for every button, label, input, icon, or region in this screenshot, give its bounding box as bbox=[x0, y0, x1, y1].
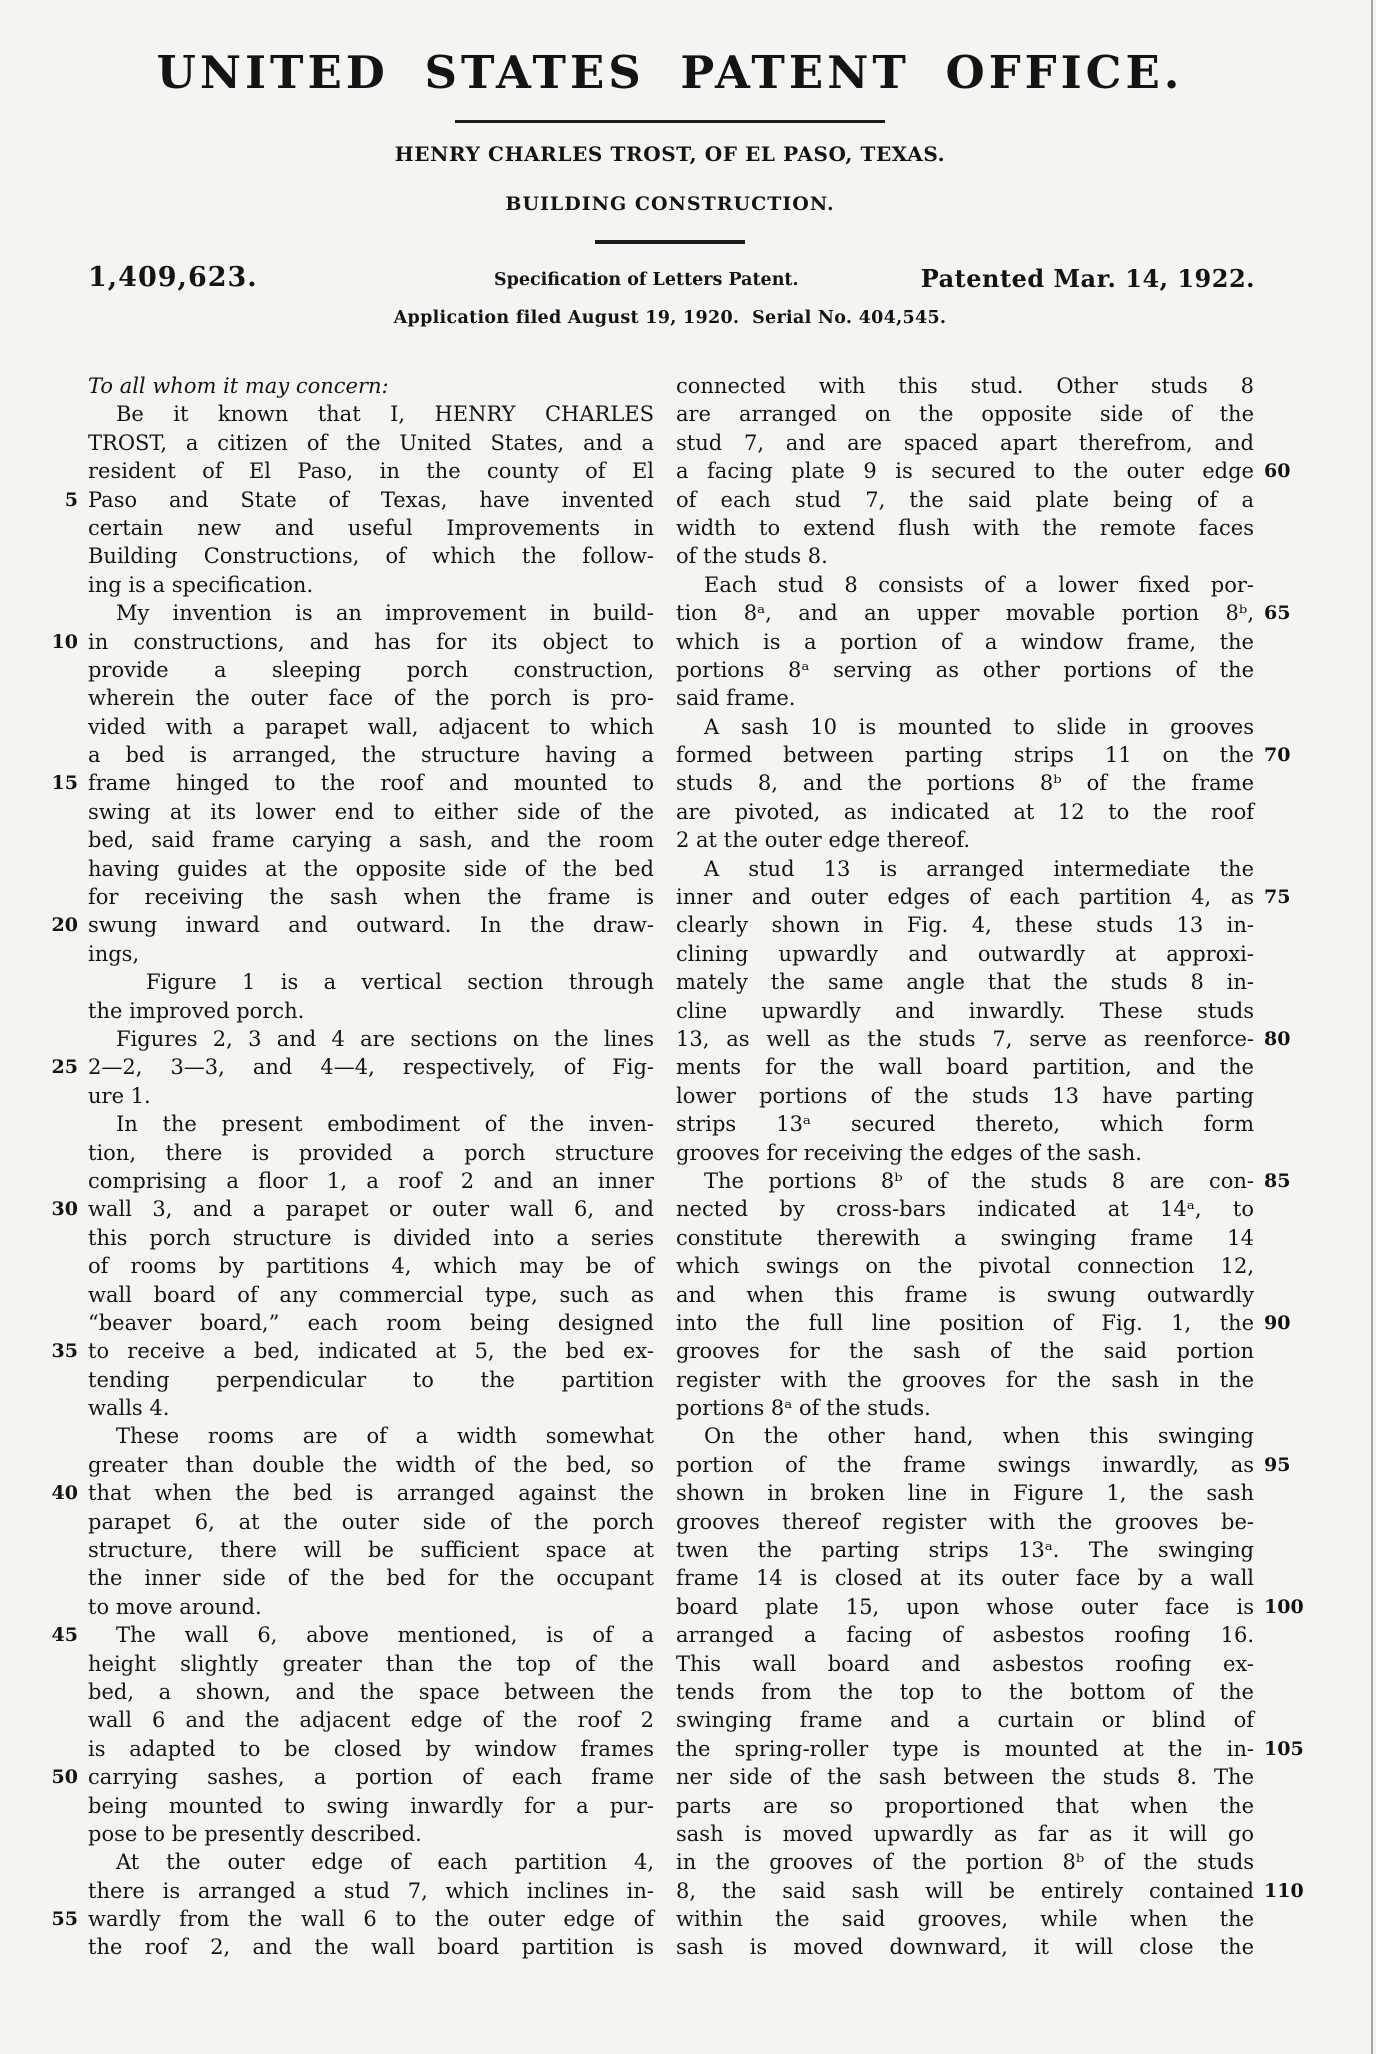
text-line: greater than double the width of the bed… bbox=[88, 1451, 654, 1479]
line-text: swinging frame and a curtain or blind of bbox=[676, 1708, 1254, 1732]
text-line: Figures 2, 3 and 4 are sections on the l… bbox=[88, 1025, 654, 1053]
line-text: parts are so proportioned that when the bbox=[676, 1794, 1254, 1818]
line-text: shown in broken line in Figure 1, the sa… bbox=[676, 1481, 1254, 1505]
line-text: clearly shown in Fig. 4, these studs 13 … bbox=[676, 913, 1254, 937]
text-line: 75inner and outer edges of each partitio… bbox=[676, 883, 1254, 911]
line-text: is adapted to be closed by window frames bbox=[88, 1737, 654, 1761]
two-column-body: To all whom it may concern:Be it known t… bbox=[0, 372, 1376, 1962]
line-text: Paso and State of Texas, have invented bbox=[88, 488, 654, 512]
text-line: 5Paso and State of Texas, have invented bbox=[88, 486, 654, 514]
line-number: 35 bbox=[42, 1337, 78, 1365]
text-line: These rooms are of a width somewhat bbox=[88, 1422, 654, 1450]
line-number: 5 bbox=[42, 486, 78, 514]
text-line: the inner side of the bed for the occupa… bbox=[88, 1564, 654, 1592]
text-line: connected with this stud. Other studs 8 bbox=[676, 372, 1254, 400]
line-text: inner and outer edges of each partition … bbox=[676, 885, 1254, 909]
line-number: 25 bbox=[42, 1053, 78, 1081]
text-line: are arranged on the opposite side of the bbox=[676, 400, 1254, 428]
line-text: having guides at the opposite side of th… bbox=[88, 857, 654, 881]
line-text: My invention is an improvement in build- bbox=[116, 601, 654, 625]
line-text: pose to be presently described. bbox=[88, 1822, 422, 1846]
line-text: a bed is arranged, the structure having … bbox=[88, 743, 654, 767]
text-line: portions 8ᵃ of the studs. bbox=[676, 1394, 1254, 1422]
line-text: arranged a facing of asbestos roofing 16… bbox=[676, 1623, 1254, 1647]
line-text: carrying sashes, a portion of each frame bbox=[88, 1765, 654, 1789]
line-text: are pivoted, as indicated at 12 to the r… bbox=[676, 800, 1254, 824]
line-text: On the other hand, when this swinging bbox=[704, 1424, 1254, 1448]
line-text: there is arranged a stud 7, which inclin… bbox=[88, 1879, 654, 1903]
text-line: height slightly greater than the top of … bbox=[88, 1650, 654, 1678]
text-line: 95portion of the frame swings inwardly, … bbox=[676, 1451, 1254, 1479]
text-line: tends from the top to the bottom of the bbox=[676, 1678, 1254, 1706]
text-line: arranged a facing of asbestos roofing 16… bbox=[676, 1621, 1254, 1649]
line-text: The portions 8ᵇ of the studs 8 are con- bbox=[704, 1169, 1254, 1193]
line-text: swung inward and outward. In the draw- bbox=[88, 913, 654, 937]
line-text: wherein the outer face of the porch is p… bbox=[88, 686, 654, 710]
patented-date: Patented Mar. 14, 1922. bbox=[921, 264, 1255, 293]
text-line: certain new and useful Improvements in bbox=[88, 514, 654, 542]
line-number: 10 bbox=[42, 628, 78, 656]
line-number: 105 bbox=[1264, 1735, 1308, 1763]
line-number: 80 bbox=[1264, 1025, 1308, 1053]
text-line: 105the spring-roller type is mounted at … bbox=[676, 1735, 1254, 1763]
line-text: connected with this stud. Other studs 8 bbox=[676, 374, 1254, 398]
line-text: ments for the wall board partition, and … bbox=[676, 1055, 1254, 1079]
line-number: 50 bbox=[42, 1763, 78, 1791]
text-line: At the outer edge of each partition 4, bbox=[88, 1848, 654, 1876]
line-text: grooves for the sash of the said portion bbox=[676, 1339, 1254, 1363]
line-text: “beaver board,” each room being designed bbox=[88, 1311, 654, 1335]
text-line: pose to be presently described. bbox=[88, 1820, 654, 1848]
line-text: structure, there will be sufficient spac… bbox=[88, 1538, 654, 1562]
text-line: 60a facing plate 9 is secured to the out… bbox=[676, 457, 1254, 485]
line-text: are arranged on the opposite side of the bbox=[676, 402, 1254, 426]
text-line: studs 8, and the portions 8ᵇ of the fram… bbox=[676, 769, 1254, 797]
line-number: 45 bbox=[42, 1621, 78, 1649]
text-line: structure, there will be sufficient spac… bbox=[88, 1536, 654, 1564]
line-text: being mounted to swing inwardly for a pu… bbox=[88, 1794, 654, 1818]
line-number: 55 bbox=[42, 1905, 78, 1933]
line-text: vided with a parapet wall, adjacent to w… bbox=[88, 715, 654, 739]
line-number: 85 bbox=[1264, 1167, 1308, 1195]
text-line: twen the parting strips 13ᵃ. The swingin… bbox=[676, 1536, 1254, 1564]
line-text: grooves for receiving the edges of the s… bbox=[676, 1141, 1142, 1165]
text-line: in the grooves of the portion 8ᵇ of the … bbox=[676, 1848, 1254, 1876]
text-line: strips 13ᵃ secured thereto, which form bbox=[676, 1110, 1254, 1138]
text-line: the roof 2, and the wall board partition… bbox=[88, 1933, 654, 1961]
line-number: 65 bbox=[1264, 599, 1308, 627]
line-text: This wall board and asbestos roofing ex- bbox=[676, 1652, 1254, 1676]
text-line: a bed is arranged, the structure having … bbox=[88, 741, 654, 769]
patent-document-page: UNITED STATES PATENT OFFICE. HENRY CHARL… bbox=[0, 0, 1376, 2054]
text-line: walls 4. bbox=[88, 1394, 654, 1422]
line-number: 90 bbox=[1264, 1309, 1308, 1337]
text-line: wherein the outer face of the porch is p… bbox=[88, 684, 654, 712]
line-text: Be it known that I, HENRY CHARLES bbox=[116, 402, 654, 426]
text-line: 8013, as well as the studs 7, serve as r… bbox=[676, 1025, 1254, 1053]
line-text: certain new and useful Improvements in bbox=[88, 516, 654, 540]
line-text: tion 8ᵃ, and an upper movable portion 8ᵇ… bbox=[676, 601, 1254, 625]
text-line: shown in broken line in Figure 1, the sa… bbox=[676, 1479, 1254, 1507]
text-line: register with the grooves for the sash i… bbox=[676, 1366, 1254, 1394]
line-number: 40 bbox=[42, 1479, 78, 1507]
text-line: wall board of any commercial type, such … bbox=[88, 1281, 654, 1309]
text-line: 30wall 3, and a parapet or outer wall 6,… bbox=[88, 1195, 654, 1223]
line-text: These rooms are of a width somewhat bbox=[116, 1424, 654, 1448]
text-line: clearly shown in Fig. 4, these studs 13 … bbox=[676, 911, 1254, 939]
line-text: tending perpendicular to the partition bbox=[88, 1368, 654, 1392]
invention-title: BUILDING CONSTRUCTION. bbox=[0, 193, 1340, 215]
text-line: nected by cross-bars indicated at 14ᵃ, t… bbox=[676, 1195, 1254, 1223]
line-text: mately the same angle that the studs 8 i… bbox=[676, 970, 1254, 994]
text-line: grooves for the sash of the said portion bbox=[676, 1337, 1254, 1365]
line-text: lower portions of the studs 13 have part… bbox=[676, 1084, 1254, 1108]
text-line: A sash 10 is mounted to slide in grooves bbox=[676, 713, 1254, 741]
text-line: sash is moved upwardly as far as it will… bbox=[676, 1820, 1254, 1848]
line-text: this porch structure is divided into a s… bbox=[88, 1226, 654, 1250]
line-text: resident of El Paso, in the county of El bbox=[88, 459, 654, 483]
text-line: Figure 1 is a vertical section through bbox=[88, 968, 654, 996]
line-text: which is a portion of a window frame, th… bbox=[676, 630, 1254, 654]
line-text: tion, there is provided a porch structur… bbox=[88, 1141, 654, 1165]
line-text: ure 1. bbox=[88, 1084, 151, 1108]
text-line: parapet 6, at the outer side of the porc… bbox=[88, 1508, 654, 1536]
text-line: and when this frame is swung outwardly bbox=[676, 1281, 1254, 1309]
text-line: ments for the wall board partition, and … bbox=[676, 1053, 1254, 1081]
text-line: there is arranged a stud 7, which inclin… bbox=[88, 1877, 654, 1905]
text-line: “beaver board,” each room being designed bbox=[88, 1309, 654, 1337]
text-line: constitute therewith a swinging frame 14 bbox=[676, 1224, 1254, 1252]
line-number: 100 bbox=[1264, 1593, 1308, 1621]
text-line: On the other hand, when this swinging bbox=[676, 1422, 1254, 1450]
line-text: of each stud 7, the said plate being of … bbox=[676, 488, 1254, 512]
line-text: formed between parting strips 11 on the bbox=[676, 743, 1254, 767]
text-line: for receiving the sash when the frame is bbox=[88, 883, 654, 911]
text-line: which is a portion of a window frame, th… bbox=[676, 628, 1254, 656]
text-line: said frame. bbox=[676, 684, 1254, 712]
specification-label: Specification of Letters Patent. bbox=[494, 270, 799, 290]
text-line: 85The portions 8ᵇ of the studs 8 are con… bbox=[676, 1167, 1254, 1195]
line-text: to move around. bbox=[88, 1595, 262, 1619]
divider-rule-wide bbox=[455, 120, 885, 123]
line-text: wardly from the wall 6 to the outer edge… bbox=[88, 1907, 654, 1931]
document-header: UNITED STATES PATENT OFFICE. HENRY CHARL… bbox=[0, 0, 1340, 244]
text-line: 50carrying sashes, a portion of each fra… bbox=[88, 1763, 654, 1791]
text-line: vided with a parapet wall, adjacent to w… bbox=[88, 713, 654, 741]
text-line: this porch structure is divided into a s… bbox=[88, 1224, 654, 1252]
line-text: tends from the top to the bottom of the bbox=[676, 1680, 1254, 1704]
line-text: twen the parting strips 13ᵃ. The swingin… bbox=[676, 1538, 1254, 1562]
line-text: portion of the frame swings inwardly, as bbox=[676, 1453, 1254, 1477]
text-line: 65tion 8ᵃ, and an upper movable portion … bbox=[676, 599, 1254, 627]
text-line: 10in constructions, and has for its obje… bbox=[88, 628, 654, 656]
text-line: parts are so proportioned that when the bbox=[676, 1792, 1254, 1820]
line-number: 75 bbox=[1264, 883, 1308, 911]
text-line: 15frame hinged to the roof and mounted t… bbox=[88, 769, 654, 797]
text-line: lower portions of the studs 13 have part… bbox=[676, 1082, 1254, 1110]
line-text: grooves thereof register with the groove… bbox=[676, 1510, 1254, 1534]
text-line: 35to receive a bed, indicated at 5, the … bbox=[88, 1337, 654, 1365]
line-text: provide a sleeping porch construction, bbox=[88, 658, 654, 682]
text-line: bed, a shown, and the space between the bbox=[88, 1678, 654, 1706]
line-text: greater than double the width of the bed… bbox=[88, 1453, 654, 1477]
line-text: in constructions, and has for its object… bbox=[88, 630, 654, 654]
line-text: the improved porch. bbox=[88, 999, 304, 1023]
left-column: To all whom it may concern:Be it known t… bbox=[88, 372, 654, 1962]
line-text: sash is moved downward, it will close th… bbox=[676, 1935, 1254, 1959]
line-text: TROST, a citizen of the United States, a… bbox=[88, 431, 654, 455]
line-text: 8, the said sash will be entirely contai… bbox=[676, 1879, 1254, 1903]
line-text: ing is a specification. bbox=[88, 573, 313, 597]
text-line: TROST, a citizen of the United States, a… bbox=[88, 429, 654, 457]
line-text: the roof 2, and the wall board partition… bbox=[88, 1935, 654, 1959]
text-line: comprising a floor 1, a roof 2 and an in… bbox=[88, 1167, 654, 1195]
line-text: parapet 6, at the outer side of the porc… bbox=[88, 1510, 654, 1534]
line-number: 95 bbox=[1264, 1451, 1308, 1479]
text-line: frame 14 is closed at its outer face by … bbox=[676, 1564, 1254, 1592]
text-line: 2 at the outer edge thereof. bbox=[676, 826, 1254, 854]
line-text: frame hinged to the roof and mounted to bbox=[88, 771, 654, 795]
line-text: in the grooves of the portion 8ᵇ of the … bbox=[676, 1850, 1254, 1874]
text-line: within the said grooves, while when the bbox=[676, 1905, 1254, 1933]
text-line: provide a sleeping porch construction, bbox=[88, 656, 654, 684]
text-line: width to extend flush with the remote fa… bbox=[676, 514, 1254, 542]
line-text: portions 8ᵃ serving as other portions of… bbox=[676, 658, 1254, 682]
line-text: 2 at the outer edge thereof. bbox=[676, 828, 970, 852]
text-line: wall 6 and the adjacent edge of the roof… bbox=[88, 1706, 654, 1734]
text-line: Be it known that I, HENRY CHARLES bbox=[88, 400, 654, 428]
line-text: A stud 13 is arranged intermediate the bbox=[704, 857, 1254, 881]
text-line: bed, said frame carying a sash, and the … bbox=[88, 826, 654, 854]
line-text: comprising a floor 1, a roof 2 and an in… bbox=[88, 1169, 654, 1193]
text-line: portions 8ᵃ serving as other portions of… bbox=[676, 656, 1254, 684]
line-text: sash is moved upwardly as far as it will… bbox=[676, 1822, 1254, 1846]
text-line: 20swung inward and outward. In the draw- bbox=[88, 911, 654, 939]
text-line: 90into the full line position of Fig. 1,… bbox=[676, 1309, 1254, 1337]
line-text: width to extend flush with the remote fa… bbox=[676, 516, 1254, 540]
line-text: clining upwardly and outwardly at approx… bbox=[676, 942, 1254, 966]
line-number: 60 bbox=[1264, 457, 1308, 485]
text-line: ings, bbox=[88, 940, 654, 968]
text-line: 45The wall 6, above mentioned, is of a bbox=[88, 1621, 654, 1649]
line-text: for receiving the sash when the frame is bbox=[88, 885, 654, 909]
text-line: grooves for receiving the edges of the s… bbox=[676, 1139, 1254, 1167]
text-line: 100board plate 15, upon whose outer face… bbox=[676, 1593, 1254, 1621]
line-text: Figures 2, 3 and 4 are sections on the l… bbox=[116, 1027, 654, 1051]
line-text: Figure 1 is a vertical section through bbox=[146, 970, 654, 994]
line-text: swing at its lower end to either side of… bbox=[88, 800, 654, 824]
line-text: and when this frame is swung outwardly bbox=[676, 1283, 1254, 1307]
page-title: UNITED STATES PATENT OFFICE. bbox=[0, 46, 1340, 99]
text-line: 1108, the said sash will be entirely con… bbox=[676, 1877, 1254, 1905]
text-line: resident of El Paso, in the county of El bbox=[88, 457, 654, 485]
line-text: stud 7, and are spaced apart therefrom, … bbox=[676, 431, 1254, 455]
line-text: constitute therewith a swinging frame 14 bbox=[676, 1226, 1254, 1250]
text-line: are pivoted, as indicated at 12 to the r… bbox=[676, 798, 1254, 826]
line-number: 30 bbox=[42, 1195, 78, 1223]
text-line: of the studs 8. bbox=[676, 542, 1254, 570]
line-text: register with the grooves for the sash i… bbox=[676, 1368, 1254, 1392]
line-text: strips 13ᵃ secured thereto, which form bbox=[676, 1112, 1254, 1136]
text-line: of rooms by partitions 4, which may be o… bbox=[88, 1252, 654, 1280]
line-text: A sash 10 is mounted to slide in grooves bbox=[704, 715, 1254, 739]
text-line: having guides at the opposite side of th… bbox=[88, 855, 654, 883]
line-text: To all whom it may concern: bbox=[88, 374, 389, 398]
line-text: said frame. bbox=[676, 686, 795, 710]
line-text: 2—2, 3—3, and 4—4, respectively, of Fig- bbox=[88, 1055, 654, 1079]
line-text: At the outer edge of each partition 4, bbox=[116, 1850, 654, 1874]
text-line: of each stud 7, the said plate being of … bbox=[676, 486, 1254, 514]
line-text: wall 3, and a parapet or outer wall 6, a… bbox=[88, 1197, 654, 1221]
line-text: The wall 6, above mentioned, is of a bbox=[116, 1623, 654, 1647]
text-line: which swings on the pivotal connection 1… bbox=[676, 1252, 1254, 1280]
line-number: 70 bbox=[1264, 741, 1308, 769]
text-line: to move around. bbox=[88, 1593, 654, 1621]
line-text: of the studs 8. bbox=[676, 544, 828, 568]
line-text: the spring-roller type is mounted at the… bbox=[676, 1737, 1254, 1761]
text-line: This wall board and asbestos roofing ex- bbox=[676, 1650, 1254, 1678]
text-line: To all whom it may concern: bbox=[88, 372, 654, 400]
text-line: swing at its lower end to either side of… bbox=[88, 798, 654, 826]
text-line: Each stud 8 consists of a lower fixed po… bbox=[676, 571, 1254, 599]
line-text: to receive a bed, indicated at 5, the be… bbox=[88, 1339, 654, 1363]
text-line: grooves thereof register with the groove… bbox=[676, 1508, 1254, 1536]
text-line: clining upwardly and outwardly at approx… bbox=[676, 940, 1254, 968]
text-line: My invention is an improvement in build- bbox=[88, 599, 654, 627]
line-text: 13, as well as the studs 7, serve as ree… bbox=[676, 1027, 1254, 1051]
line-text: wall 6 and the adjacent edge of the roof… bbox=[88, 1708, 654, 1732]
line-text: within the said grooves, while when the bbox=[676, 1907, 1254, 1931]
line-text: Building Constructions, of which the fol… bbox=[88, 544, 654, 568]
inventor-line: HENRY CHARLES TROST, OF EL PASO, TEXAS. bbox=[0, 142, 1340, 166]
text-line: sash is moved downward, it will close th… bbox=[676, 1933, 1254, 1961]
line-text: which swings on the pivotal connection 1… bbox=[676, 1254, 1254, 1278]
line-text: board plate 15, upon whose outer face is bbox=[676, 1595, 1254, 1619]
line-text: ner side of the sash between the studs 8… bbox=[676, 1765, 1254, 1789]
line-text: In the present embodiment of the inven- bbox=[116, 1112, 654, 1136]
text-line: cline upwardly and inwardly. These studs bbox=[676, 997, 1254, 1025]
text-line: 40that when the bed is arranged against … bbox=[88, 1479, 654, 1507]
text-line: 252—2, 3—3, and 4—4, respectively, of Fi… bbox=[88, 1053, 654, 1081]
patent-number: 1,409,623. bbox=[88, 262, 258, 293]
line-text: studs 8, and the portions 8ᵇ of the fram… bbox=[676, 771, 1254, 795]
text-line: 70formed between parting strips 11 on th… bbox=[676, 741, 1254, 769]
line-text: bed, said frame carying a sash, and the … bbox=[88, 828, 654, 852]
text-line: tion, there is provided a porch structur… bbox=[88, 1139, 654, 1167]
text-line: ing is a specification. bbox=[88, 571, 654, 599]
text-line: swinging frame and a curtain or blind of bbox=[676, 1706, 1254, 1734]
line-text: the inner side of the bed for the occupa… bbox=[88, 1566, 654, 1590]
right-column: connected with this stud. Other studs 8a… bbox=[676, 372, 1254, 1962]
text-line: ner side of the sash between the studs 8… bbox=[676, 1763, 1254, 1791]
line-number: 15 bbox=[42, 769, 78, 797]
text-line: ure 1. bbox=[88, 1082, 654, 1110]
application-serial-line: Application filed August 19, 1920. Seria… bbox=[0, 308, 1340, 328]
text-line: 55wardly from the wall 6 to the outer ed… bbox=[88, 1905, 654, 1933]
line-text: Each stud 8 consists of a lower fixed po… bbox=[704, 573, 1254, 597]
line-text: of rooms by partitions 4, which may be o… bbox=[88, 1254, 654, 1278]
text-line: being mounted to swing inwardly for a pu… bbox=[88, 1792, 654, 1820]
line-text: ings, bbox=[88, 942, 139, 966]
text-line: tending perpendicular to the partition bbox=[88, 1366, 654, 1394]
line-number: 20 bbox=[42, 911, 78, 939]
line-text: bed, a shown, and the space between the bbox=[88, 1680, 654, 1704]
divider-rule-small bbox=[595, 240, 745, 244]
line-number: 110 bbox=[1264, 1877, 1308, 1905]
text-line: In the present embodiment of the inven- bbox=[88, 1110, 654, 1138]
text-line: the improved porch. bbox=[88, 997, 654, 1025]
line-text: that when the bed is arranged against th… bbox=[88, 1481, 654, 1505]
line-text: into the full line position of Fig. 1, t… bbox=[676, 1311, 1254, 1335]
line-text: nected by cross-bars indicated at 14ᵃ, t… bbox=[676, 1197, 1254, 1221]
text-line: stud 7, and are spaced apart therefrom, … bbox=[676, 429, 1254, 457]
line-text: walls 4. bbox=[88, 1396, 169, 1420]
line-text: height slightly greater than the top of … bbox=[88, 1652, 654, 1676]
text-line: Building Constructions, of which the fol… bbox=[88, 542, 654, 570]
line-text: portions 8ᵃ of the studs. bbox=[676, 1396, 931, 1420]
text-line: A stud 13 is arranged intermediate the bbox=[676, 855, 1254, 883]
text-line: mately the same angle that the studs 8 i… bbox=[676, 968, 1254, 996]
line-text: wall board of any commercial type, such … bbox=[88, 1283, 654, 1307]
line-text: a facing plate 9 is secured to the outer… bbox=[676, 459, 1254, 483]
line-text: frame 14 is closed at its outer face by … bbox=[676, 1566, 1254, 1590]
text-line: is adapted to be closed by window frames bbox=[88, 1735, 654, 1763]
line-text: cline upwardly and inwardly. These studs bbox=[676, 999, 1254, 1023]
patent-meta-row: 1,409,623. Specification of Letters Pate… bbox=[0, 257, 1376, 293]
